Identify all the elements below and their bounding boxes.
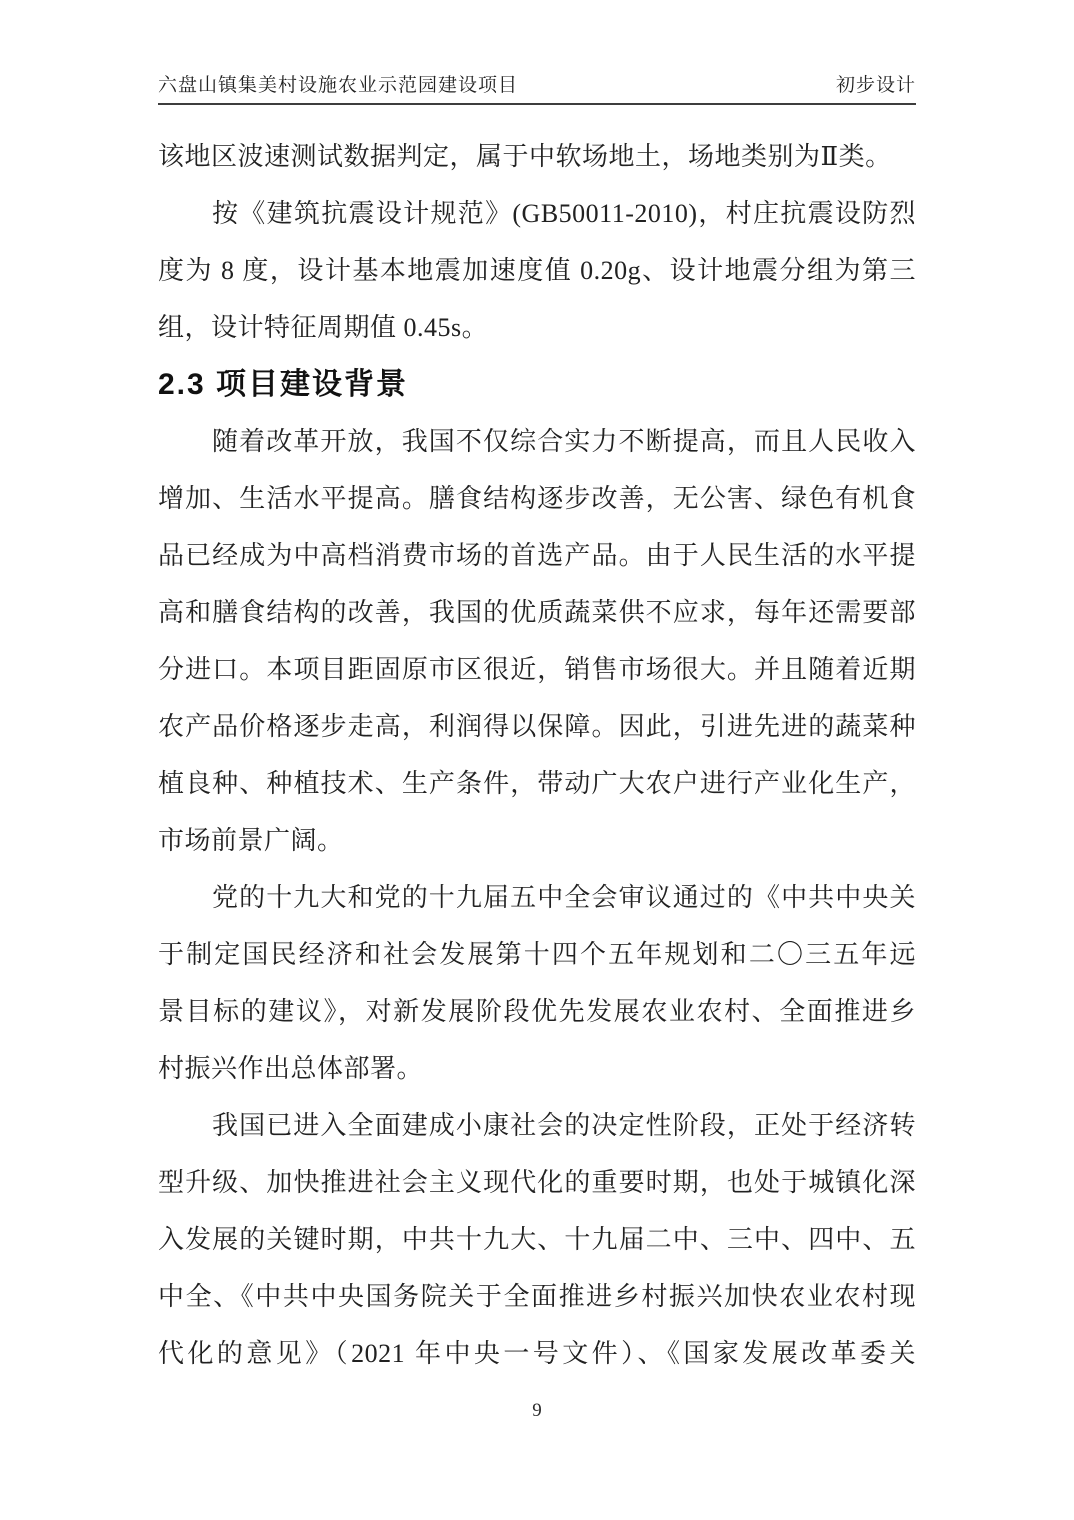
paragraph-line: 品已经成为中高档消费市场的首选产品。由于人民生活的水平提 bbox=[158, 527, 916, 584]
page-number: 9 bbox=[532, 1400, 542, 1421]
paragraph-line: 我国已进入全面建成小康社会的决定性阶段，正处于经济转 bbox=[158, 1097, 916, 1154]
page-header: 六盘山镇集美村设施农业示范园建设项目 初步设计 bbox=[158, 70, 916, 105]
paragraph-line: 农产品价格逐步走高，利润得以保障。因此，引进先进的蔬菜种 bbox=[158, 698, 916, 755]
paragraph-line: 党的十九大和党的十九届五中全会审议通过的《中共中央关 bbox=[158, 869, 916, 926]
paragraph-line: 植良种、种植技术、生产条件，带动广大农户进行产业化生产， bbox=[158, 755, 916, 812]
page-footer: 9 bbox=[0, 1400, 1074, 1422]
section-heading-2-3: 2.3 项目建设背景 bbox=[158, 356, 916, 413]
document-page: 六盘山镇集美村设施农业示范园建设项目 初步设计 该地区波速测试数据判定，属于中软… bbox=[0, 0, 1074, 1520]
paragraph-line: 组，设计特征周期值 0.45s。 bbox=[158, 299, 916, 356]
paragraph-line: 市场前景广阔。 bbox=[158, 812, 916, 869]
paragraph-line: 代化的意见》（2021 年中央一号文件）、《国家发展改革委关 bbox=[158, 1325, 916, 1382]
paragraph-line: 型升级、加快推进社会主义现代化的重要时期，也处于城镇化深 bbox=[158, 1154, 916, 1211]
paragraph-line: 分进口。本项目距固原市区很近，销售市场很大。并且随着近期 bbox=[158, 641, 916, 698]
paragraph-line: 景目标的建议》，对新发展阶段优先发展农业农村、全面推进乡 bbox=[158, 983, 916, 1040]
paragraph-line: 于制定国民经济和社会发展第十四个五年规划和二〇三五年远 bbox=[158, 926, 916, 983]
paragraph-line: 中全、《中共中央国务院关于全面推进乡村振兴加快农业农村现 bbox=[158, 1268, 916, 1325]
paragraph-line: 高和膳食结构的改善，我国的优质蔬菜供不应求，每年还需要部 bbox=[158, 584, 916, 641]
paragraph-line: 随着改革开放，我国不仅综合实力不断提高，而且人民收入 bbox=[158, 413, 916, 470]
header-doc-type: 初步设计 bbox=[836, 70, 916, 97]
paragraph-line: 该地区波速测试数据判定，属于中软场地土，场地类别为Ⅱ类。 bbox=[158, 128, 916, 185]
paragraph-line: 度为 8 度，设计基本地震加速度值 0.20g、设计地震分组为第三 bbox=[158, 242, 916, 299]
header-project-title: 六盘山镇集美村设施农业示范园建设项目 bbox=[158, 70, 518, 97]
paragraph-line: 村振兴作出总体部署。 bbox=[158, 1040, 916, 1097]
paragraph-line: 按《建筑抗震设计规范》(GB50011-2010)，村庄抗震设防烈 bbox=[158, 185, 916, 242]
document-body: 该地区波速测试数据判定，属于中软场地土，场地类别为Ⅱ类。 按《建筑抗震设计规范》… bbox=[158, 128, 916, 1382]
paragraph-line: 增加、生活水平提高。膳食结构逐步改善，无公害、绿色有机食 bbox=[158, 470, 916, 527]
paragraph-line: 入发展的关键时期，中共十九大、十九届二中、三中、四中、五 bbox=[158, 1211, 916, 1268]
